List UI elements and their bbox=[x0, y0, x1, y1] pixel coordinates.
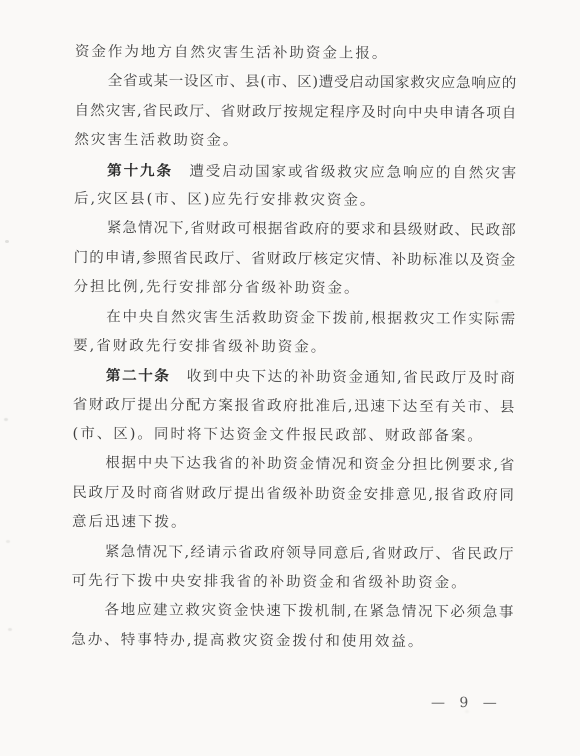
text-line: 后,灾区县(市、区)应先行安排救灾资金。 bbox=[74, 185, 516, 217]
text-line: 然灾害生活救助资金。 bbox=[74, 126, 516, 158]
text-line: 资金作为地方自然灾害生活补助资金上报。 bbox=[75, 38, 517, 70]
text-line: 省财政厅提出分配方案报省政府批准后,迅速下达至有关市、县 bbox=[73, 391, 515, 423]
text-line: 自然灾害,省民政厅、省财政厅按规定程序及时向中央申请各项自 bbox=[74, 97, 516, 129]
article-text-line: 第二十条 收到中央下达的补助资金通知,省民政厅及时商 bbox=[73, 361, 515, 393]
scan-noise bbox=[5, 240, 9, 243]
article-heading-char: 九 bbox=[140, 156, 155, 185]
text-line: 意后迅速下拨。 bbox=[72, 508, 514, 540]
text-line: 在中央自然灾害生活救助资金下拨前,根据救灾工作实际需 bbox=[73, 303, 515, 335]
text-line: 分担比例,先行安排部分省级补助资金。 bbox=[73, 273, 515, 305]
document-page: 资金作为地方自然灾害生活补助资金上报。全省或某一设区市、县(市、区)遭受启动国家… bbox=[0, 0, 580, 756]
text-line: 全省或某一设区市、县(市、区)遭受启动国家救灾应急响应的 bbox=[75, 67, 517, 99]
text-line: 紧急情况下,省财政可根据省政府的要求和县级财政、民政部 bbox=[74, 214, 516, 246]
text-line: 可先行下拨中央安排我省的补助资金和省级补助资金。 bbox=[72, 567, 514, 599]
text-line: (市、区)。同时将下达资金文件报民政部、财政部备案。 bbox=[72, 420, 514, 452]
article-heading-char: 二 bbox=[122, 362, 137, 391]
text-line: 根据中央下达我省的补助资金情况和资金分担比例要求,省 bbox=[72, 449, 514, 481]
text-line: 民政厅及时商省财政厅提出省级补助资金安排意见,报省政府同 bbox=[72, 479, 514, 511]
article-heading-char: 第 bbox=[106, 361, 121, 390]
text-line: 急办、特事特办,提高救灾资金拨付和使用效益。 bbox=[71, 626, 513, 658]
article-text-line: 第十九条 遭受启动国家或省级救灾应急响应的自然灾害 bbox=[74, 156, 516, 188]
article-heading-char: 条 bbox=[154, 362, 169, 391]
article-heading-char: 第 bbox=[107, 156, 122, 185]
text-line: 要,省财政先行安排省级补助资金。 bbox=[73, 332, 515, 364]
article-heading-char: 十 bbox=[138, 362, 153, 391]
text-line: 门的申请,参照省民政厅、省财政厅核定灾情、补助标准以及资金 bbox=[74, 244, 516, 276]
text-line: 紧急情况下,经请示省政府领导同意后,省财政厅、省民政厅 bbox=[72, 538, 514, 570]
article-heading-char: 十 bbox=[124, 156, 139, 185]
page-number: — 9 — bbox=[431, 695, 502, 711]
text-line: 各地应建立救灾资金快速下拨机制,在紧急情况下必须急事 bbox=[71, 596, 513, 628]
article-heading-char: 条 bbox=[156, 156, 171, 185]
text-block: 资金作为地方自然灾害生活补助资金上报。全省或某一设区市、县(市、区)遭受启动国家… bbox=[71, 38, 517, 658]
